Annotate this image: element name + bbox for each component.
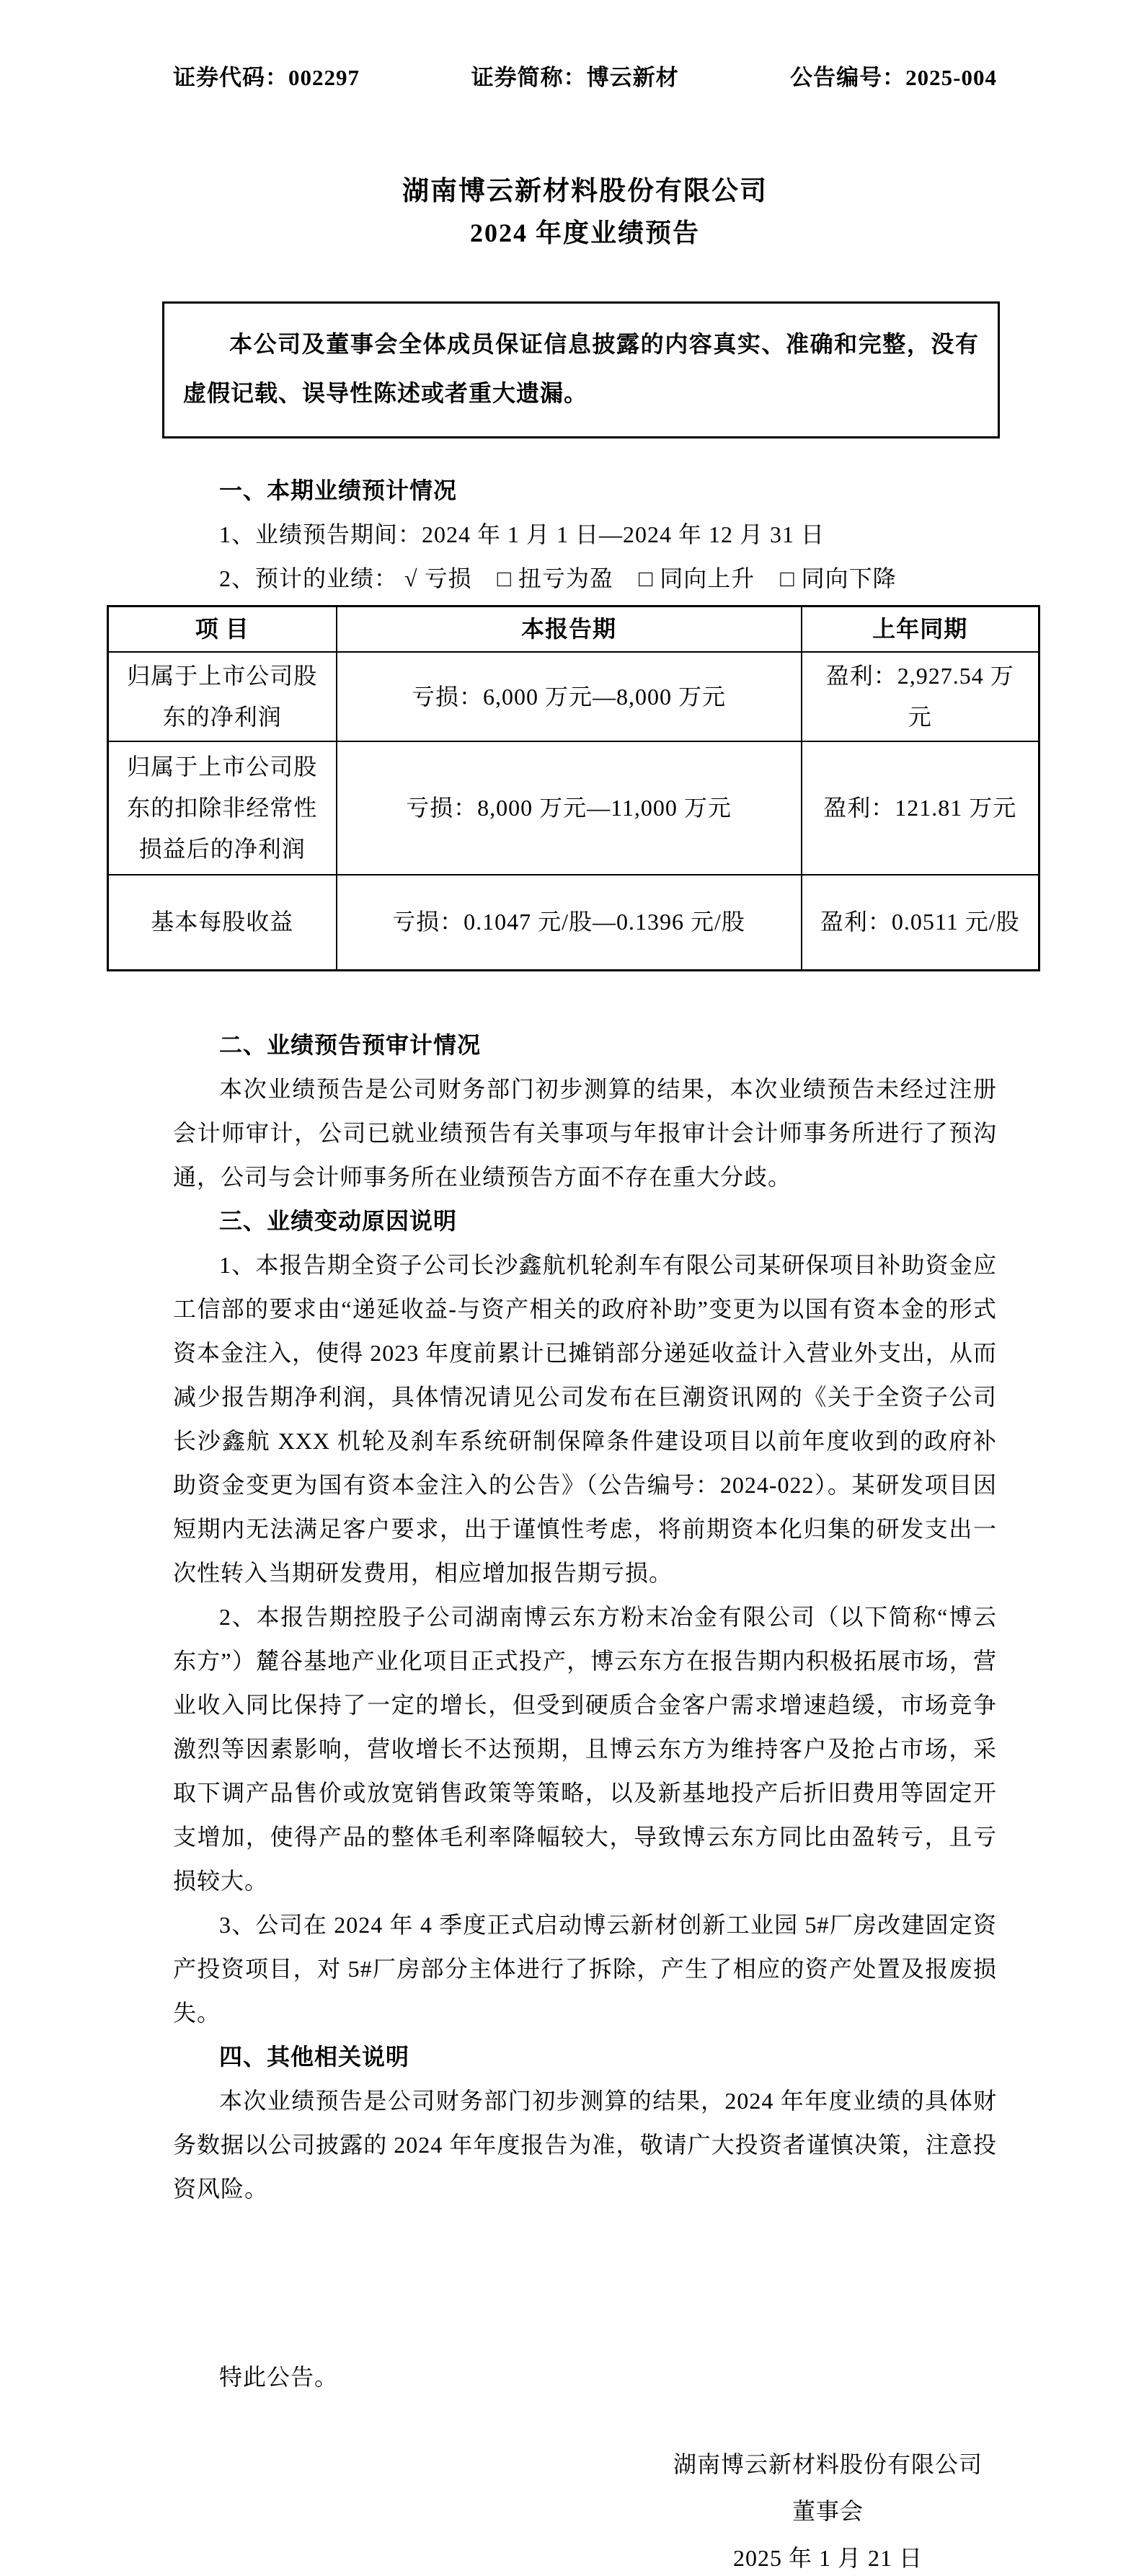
checkbox-empty-icon: □ xyxy=(497,565,512,591)
signature-date: 2025 年 1 月 21 日 xyxy=(673,2535,983,2576)
prior-year-value: 盈利：0.0511 元/股 xyxy=(802,875,1039,970)
disclosure-notice-text: 本公司及董事会全体成员保证信息披露的内容真实、准确和完整，没有虚假记载、误导性陈… xyxy=(183,319,979,418)
table-row: 归属于上市公司股东的净利润 亏损：6,000 万元—8,000 万元 盈利：2,… xyxy=(108,652,1039,741)
prior-year-value: 盈利：2,927.54 万元 xyxy=(802,652,1039,741)
checkmark-icon: √ xyxy=(404,565,418,591)
col-header-current-period: 本报告期 xyxy=(337,606,802,653)
closing-statement: 特此公告。 xyxy=(173,2355,997,2399)
forecast-period-line: 1、业绩预告期间：2024 年 1 月 1 日—2024 年 12 月 31 日 xyxy=(173,513,997,557)
col-header-prior-year: 上年同期 xyxy=(802,606,1039,653)
section-1-heading: 一、本期业绩预计情况 xyxy=(173,469,997,513)
current-period-value: 亏损：0.1047 元/股—0.1396 元/股 xyxy=(337,875,802,970)
company-title: 湖南博云新材料股份有限公司 xyxy=(173,173,997,211)
option-loss: √ 亏损 xyxy=(404,565,472,591)
section-3-paragraph-2: 2、本报告期控股子公司湖南博云东方粉末冶金有限公司（以下简称“博云东方”）麓谷基… xyxy=(173,1595,997,1903)
prior-year-value: 盈利：121.81 万元 xyxy=(802,741,1039,875)
signature-board: 董事会 xyxy=(673,2488,983,2535)
stock-short-name: 证券简称：博云新材 xyxy=(471,63,679,92)
current-period-value: 亏损：8,000 万元—11,000 万元 xyxy=(337,741,802,875)
section-2-paragraph: 本次业绩预告是公司财务部门初步测算的结果，本次业绩预告未经过注册会计师审计，公司… xyxy=(173,1067,997,1199)
section-4-paragraph: 本次业绩预告是公司财务部门初步测算的结果，2024 年年度业绩的具体财务数据以公… xyxy=(173,2079,997,2211)
section-2-heading: 二、业绩预告预审计情况 xyxy=(173,1023,997,1067)
section-3-paragraph-1: 1、本报告期全资子公司长沙鑫航机轮刹车有限公司某研保项目补助资金应工信部的要求由… xyxy=(173,1243,997,1595)
row-label: 归属于上市公司股东的扣除非经常性损益后的净利润 xyxy=(108,741,337,875)
table-header-row: 项 目 本报告期 上年同期 xyxy=(108,606,1039,653)
forecast-type-prefix: 2、预计的业绩： xyxy=(219,565,398,591)
forecast-type-line: 2、预计的业绩： √ 亏损 □ 扭亏为盈 □ 同向上升 □ 同向下降 xyxy=(173,557,997,601)
table-row: 归属于上市公司股东的扣除非经常性损益后的净利润 亏损：8,000 万元—11,0… xyxy=(108,741,1039,875)
col-header-item: 项 目 xyxy=(108,606,337,653)
disclosure-notice-box: 本公司及董事会全体成员保证信息披露的内容真实、准确和完整，没有虚假记载、误导性陈… xyxy=(162,301,1000,438)
option-turn-profit: □ 扭亏为盈 xyxy=(497,565,613,591)
checkbox-empty-icon: □ xyxy=(639,565,653,591)
section-4-heading: 四、其他相关说明 xyxy=(173,2035,997,2079)
signature-block: 湖南博云新材料股份有限公司 董事会 2025 年 1 月 21 日 xyxy=(673,2441,983,2576)
section-3-paragraph-3: 3、公司在 2024 年 4 季度正式启动博云新材创新工业园 5#厂房改建固定资… xyxy=(173,1903,997,2035)
option-same-direction-up: □ 同向上升 xyxy=(639,565,755,591)
row-label: 基本每股收益 xyxy=(108,875,337,970)
current-period-value: 亏损：6,000 万元—8,000 万元 xyxy=(337,652,802,741)
signature-company: 湖南博云新材料股份有限公司 xyxy=(673,2441,983,2488)
option-same-direction-down: □ 同向下降 xyxy=(780,565,896,591)
table-row: 基本每股收益 亏损：0.1047 元/股—0.1396 元/股 盈利：0.051… xyxy=(108,875,1039,970)
announcement-title: 2024 年度业绩预告 xyxy=(173,211,997,255)
performance-forecast-table: 项 目 本报告期 上年同期 归属于上市公司股东的净利润 亏损：6,000 万元—… xyxy=(107,605,1040,971)
stock-code: 证券代码：002297 xyxy=(173,63,360,92)
checkbox-empty-icon: □ xyxy=(780,565,794,591)
doc-header: 证券代码：002297 证券简称：博云新材 公告编号：2025-004 xyxy=(173,63,997,92)
announcement-number: 公告编号：2025-004 xyxy=(790,63,997,92)
announcement-page: 证券代码：002297 证券简称：博云新材 公告编号：2025-004 湖南博云… xyxy=(0,0,1144,2576)
section-3-heading: 三、业绩变动原因说明 xyxy=(173,1199,997,1243)
row-label: 归属于上市公司股东的净利润 xyxy=(108,652,337,741)
